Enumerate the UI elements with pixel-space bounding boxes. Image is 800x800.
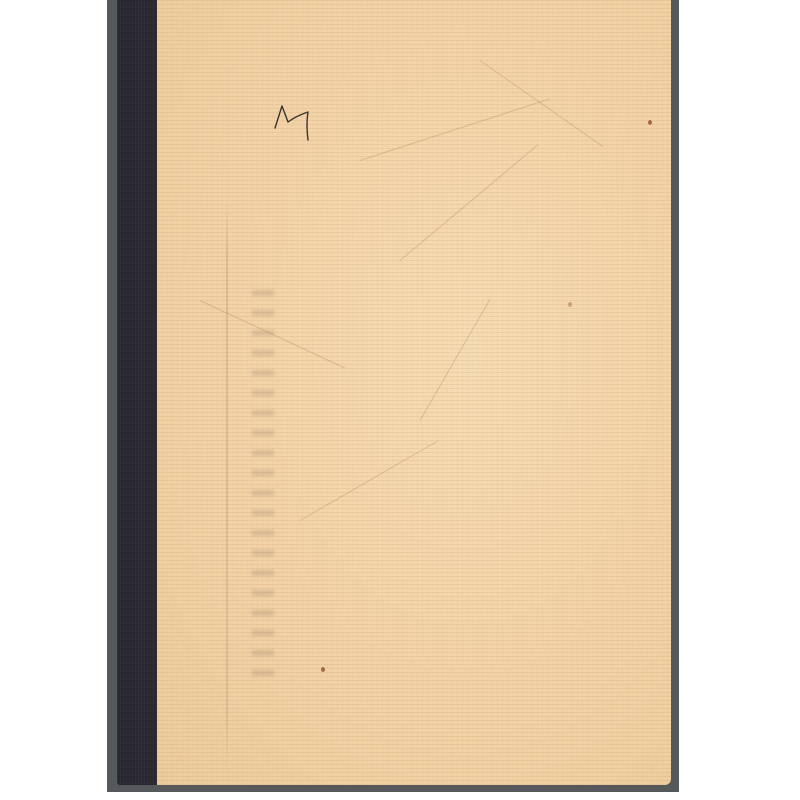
book-spine bbox=[117, 0, 157, 785]
cover-speck bbox=[321, 667, 325, 672]
cover-fold-line bbox=[226, 200, 228, 770]
book-cover bbox=[157, 0, 671, 785]
cover-stain bbox=[252, 290, 274, 690]
handwritten-pencil-mark bbox=[270, 100, 330, 150]
cover-speck bbox=[648, 120, 652, 125]
cover-speck bbox=[568, 302, 572, 307]
